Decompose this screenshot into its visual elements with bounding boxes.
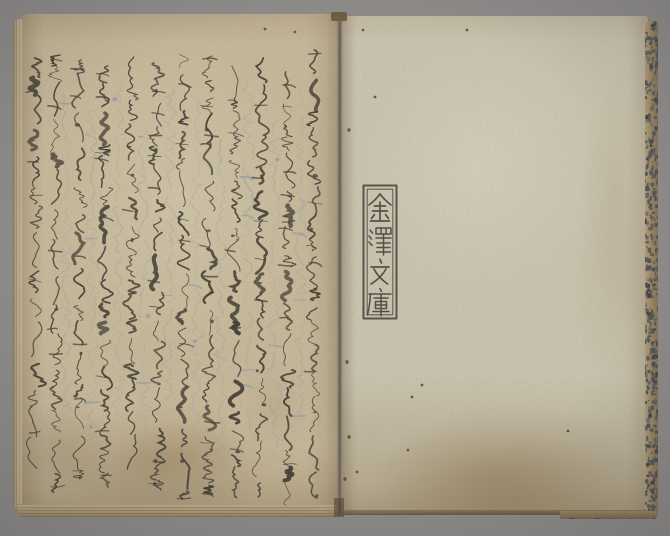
seal-glyph-kin bbox=[369, 194, 391, 221]
right-page: 金澤文庫 bbox=[342, 16, 648, 514]
left-page-stain bbox=[220, 330, 330, 490]
left-page bbox=[22, 14, 338, 505]
left-page-stain bbox=[80, 400, 280, 495]
seal-stamp-drawing bbox=[362, 184, 398, 320]
binding-gutter bbox=[325, 13, 353, 516]
seal-glyph-taku bbox=[369, 228, 391, 255]
right-page-stain bbox=[540, 60, 648, 380]
page-stack-edge-bottom bbox=[17, 504, 338, 517]
fore-edge-speckles bbox=[560, 518, 657, 519]
fore-edge-speckles bbox=[645, 21, 658, 517]
kanazawa-bunko-seal: 金澤文庫 bbox=[362, 184, 398, 320]
seal-glyph-ko bbox=[368, 289, 392, 317]
cover-fore-edge-bottom bbox=[560, 511, 657, 519]
cover-fore-edge-right bbox=[645, 21, 658, 517]
seal-glyph-bun bbox=[371, 260, 389, 285]
binding-gutter-notch bbox=[331, 12, 347, 21]
right-page-stain bbox=[360, 390, 650, 515]
scene-description: Open pre-modern Japanese stitched (fukur… bbox=[0, 0, 1, 1]
photo-open-manuscript: Open pre-modern Japanese stitched (fukur… bbox=[0, 0, 670, 536]
